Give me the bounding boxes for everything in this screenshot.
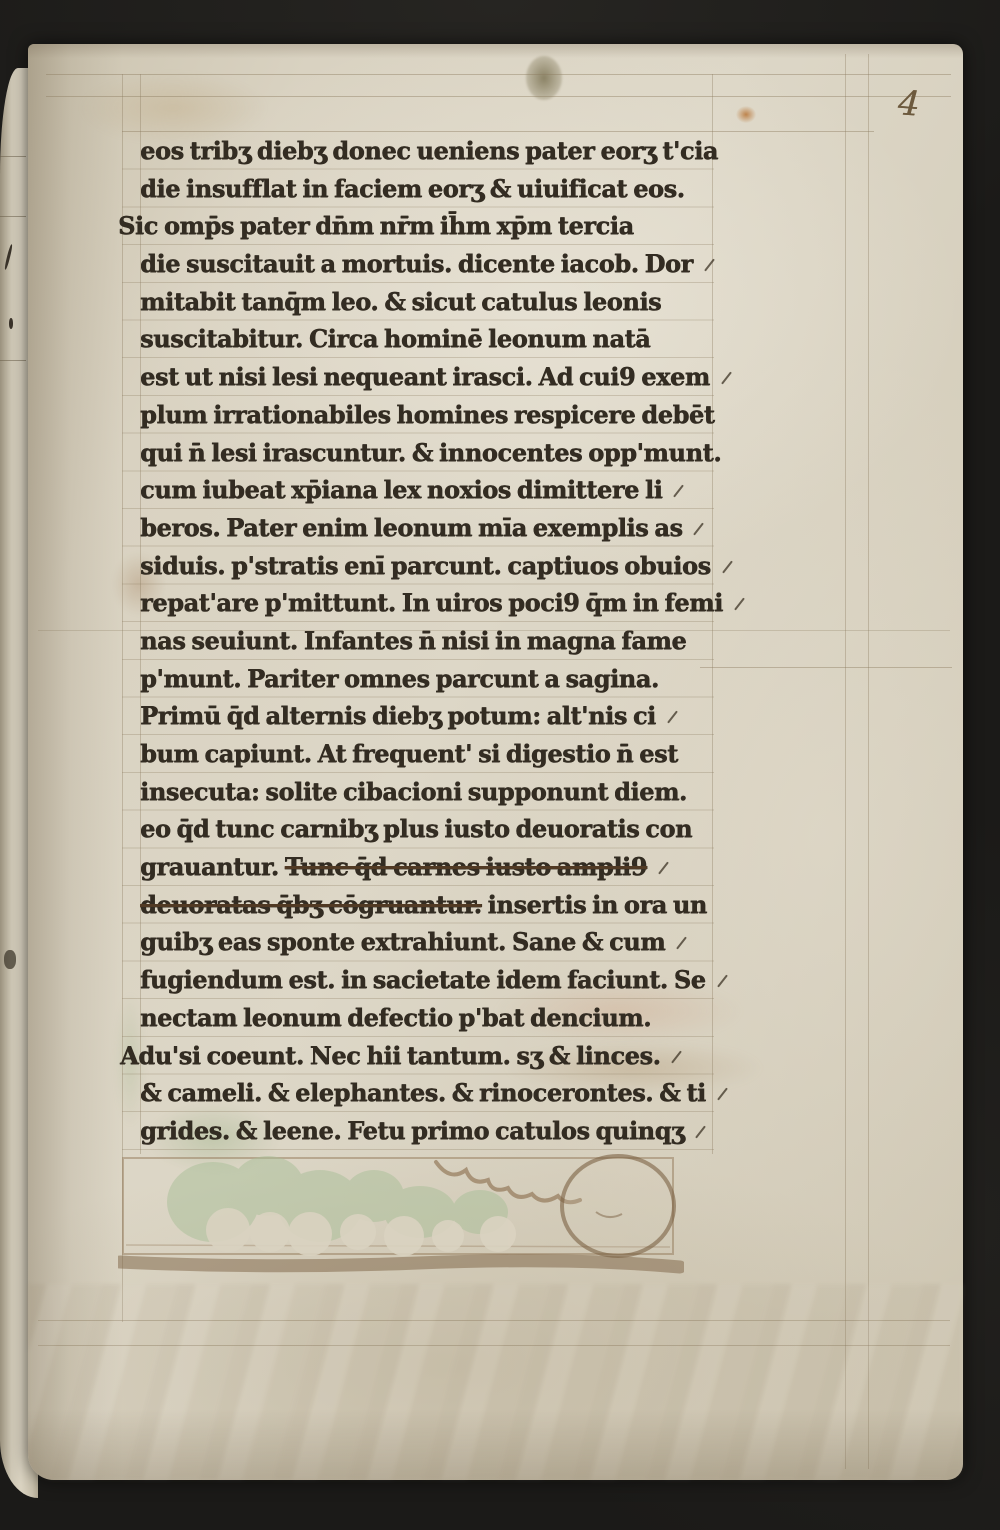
manuscript-text-line: deuoratas q̄bʒ cōgruantur. insertis in o… [140, 886, 716, 924]
folio-number: 4 [897, 83, 921, 124]
manuscript-text-line: eo q̄d tunc carnibʒ plus iusto deuoratis… [140, 810, 716, 848]
line-end-flourish [717, 975, 728, 988]
manuscript-page: 4 eos tribʒ diebʒ donec ueniens pater eo… [28, 44, 963, 1480]
text-segment: nas seuiunt. Infantes n̄ nisi in magna f… [140, 626, 686, 655]
manuscript-text-line: Primū q̄d alternis diebʒ potum: alt'nis … [140, 697, 716, 735]
text-segment: beros. Pater enim leonum mīa exemplis as [140, 513, 682, 542]
manuscript-text-line: qui n̄ lesi irascuntur. & innocentes opp… [140, 434, 716, 472]
text-segment: repat'are p'mittunt. In uiros poci9 q̄m … [140, 588, 723, 617]
line-end-flourish [704, 259, 715, 272]
manuscript-text-line: & cameli. & elephantes. & rinocerontes. … [140, 1074, 716, 1112]
ruling-line-horizontal [700, 667, 952, 668]
line-end-flourish [672, 1050, 683, 1063]
photograph-background: 4 eos tribʒ diebʒ donec ueniens pater eo… [0, 0, 1000, 1530]
ruling-line-horizontal [46, 96, 951, 97]
manuscript-text-line: cum iubeat xp̄iana lex noxios dimittere … [140, 471, 716, 509]
ink-showthrough-mark [9, 318, 13, 329]
line-end-flourish [717, 1088, 728, 1101]
text-segment: p'munt. Pariter omnes parcunt a sagina. [140, 664, 659, 693]
struck-text-segment: deuoratas q̄bʒ cōgruantur. [140, 890, 482, 919]
manuscript-text-line: Adu'si coeunt. Nec hii tantum. sʒ & linc… [120, 1037, 716, 1075]
text-segment: cum iubeat xp̄iana lex noxios dimittere … [140, 475, 662, 504]
faded-miniature-offset [118, 1150, 684, 1284]
text-segment: Adu'si coeunt. Nec hii tantum. sʒ & linc… [120, 1041, 660, 1070]
leaf-edge-ruling-mark [0, 156, 26, 157]
text-segment: Sic omp̄s pater dn̄m nr̄m ih̄m xp̄m terc… [118, 211, 634, 240]
text-segment: mitabit tanq̄m leo. & sicut catulus leon… [140, 287, 661, 316]
brown-branch-offset [436, 1162, 580, 1202]
manuscript-text-line: plum irrationabiles homines respicere de… [140, 396, 716, 434]
line-end-flourish [694, 522, 705, 535]
text-segment: fugiendum est. in sacietate idem faciunt… [140, 965, 706, 994]
manuscript-text-line: die insufflat in faciem eorʒ & uiuificat… [140, 170, 716, 208]
text-segment: die insufflat in faciem eorʒ & uiuificat… [140, 174, 685, 203]
lower-frame-bar [120, 1261, 680, 1267]
text-segment: grides. & leene. Fetu primo catulos quin… [140, 1116, 684, 1145]
line-end-flourish [722, 560, 733, 573]
manuscript-text-line: beros. Pater enim leonum mīa exemplis as [140, 509, 716, 547]
text-segment: est ut nisi lesi nequeant irasci. Ad cui… [140, 362, 710, 391]
leaf-edge-ruling-mark [0, 216, 26, 217]
leaf-edge-ruling-mark [0, 360, 26, 361]
text-segment: die suscitauit a mortuis. dicente iacob.… [140, 249, 693, 278]
text-segment: grauantur. [140, 852, 285, 881]
line-end-flourish [658, 862, 669, 875]
parchment-stain [736, 106, 756, 123]
manuscript-text-line: p'munt. Pariter omnes parcunt a sagina. [140, 660, 716, 698]
manuscript-text-line: est ut nisi lesi nequeant irasci. Ad cui… [140, 358, 716, 396]
manuscript-text-line: repat'are p'mittunt. In uiros poci9 q̄m … [140, 584, 716, 622]
manuscript-text-line: insecuta: solite cibacioni supponunt die… [140, 773, 716, 811]
ruling-line-vertical [845, 54, 846, 1469]
manuscript-text-line: grauantur. Tunc q̄d carnes iusto ampli9 [140, 848, 716, 886]
line-end-flourish [734, 598, 745, 611]
text-segment: guibʒ eas sponte extrahiunt. Sane & cum [140, 927, 665, 956]
ruling-line-vertical [868, 54, 869, 1469]
line-end-flourish [695, 1125, 706, 1138]
text-segment: nectam leonum defectio p'bat dencium. [140, 1003, 651, 1032]
text-segment: plum irrationabiles homines respicere de… [140, 400, 714, 429]
text-segment: & cameli. & elephantes. & rinocerontes. … [140, 1078, 706, 1107]
manuscript-text-block: eos tribʒ diebʒ donec ueniens pater eorʒ… [140, 132, 716, 1150]
text-segment: eos tribʒ diebʒ donec ueniens pater eorʒ… [140, 136, 718, 165]
manuscript-text-line: eos tribʒ diebʒ donec ueniens pater eorʒ… [140, 132, 716, 170]
ink-showthrough-mark [4, 950, 16, 969]
manuscript-text-line: mitabit tanq̄m leo. & sicut catulus leon… [140, 283, 716, 321]
ruling-line-horizontal [46, 74, 951, 75]
manuscript-text-line: grides. & leene. Fetu primo catulos quin… [140, 1112, 716, 1150]
text-segment: insertis in ora un [482, 890, 707, 919]
brown-ring-offset [562, 1156, 674, 1256]
text-segment: siduis. p'stratis enī parcunt. captiuos … [140, 551, 711, 580]
struck-text-segment: Tunc q̄d carnes iusto ampli9 [285, 852, 647, 881]
manuscript-text-line: guibʒ eas sponte extrahiunt. Sane & cum [140, 923, 716, 961]
manuscript-text-line: nectam leonum defectio p'bat dencium. [140, 999, 716, 1037]
line-end-flourish [676, 937, 687, 950]
text-segment: Primū q̄d alternis diebʒ potum: alt'nis … [140, 701, 656, 730]
manuscript-text-line: nas seuiunt. Infantes n̄ nisi in magna f… [140, 622, 716, 660]
manuscript-text-line: fugiendum est. in sacietate idem faciunt… [140, 961, 716, 999]
text-segment: bum capiunt. At frequent' si digestio n̄… [140, 739, 678, 768]
text-segment: insecuta: solite cibacioni supponunt die… [140, 777, 687, 806]
line-end-flourish [721, 372, 732, 385]
manuscript-text-line: die suscitauit a mortuis. dicente iacob.… [140, 245, 716, 283]
manuscript-text-line: Sic omp̄s pater dn̄m nr̄m ih̄m xp̄m terc… [118, 207, 716, 245]
text-segment: eo q̄d tunc carnibʒ plus iusto deuoratis… [140, 814, 692, 843]
text-segment: suscitabitur. Circa hominē leonum natā [140, 324, 650, 353]
parchment-wrinkles [28, 1284, 963, 1480]
manuscript-text-line: siduis. p'stratis enī parcunt. captiuos … [140, 547, 716, 585]
parchment-stain [526, 56, 562, 100]
ink-showthrough-mark [4, 244, 13, 270]
manuscript-text-line: bum capiunt. At frequent' si digestio n̄… [140, 735, 716, 773]
text-segment: qui n̄ lesi irascuntur. & innocentes opp… [140, 438, 721, 467]
manuscript-text-line: suscitabitur. Circa hominē leonum natā [140, 320, 716, 358]
line-end-flourish [667, 711, 678, 724]
line-end-flourish [673, 485, 684, 498]
